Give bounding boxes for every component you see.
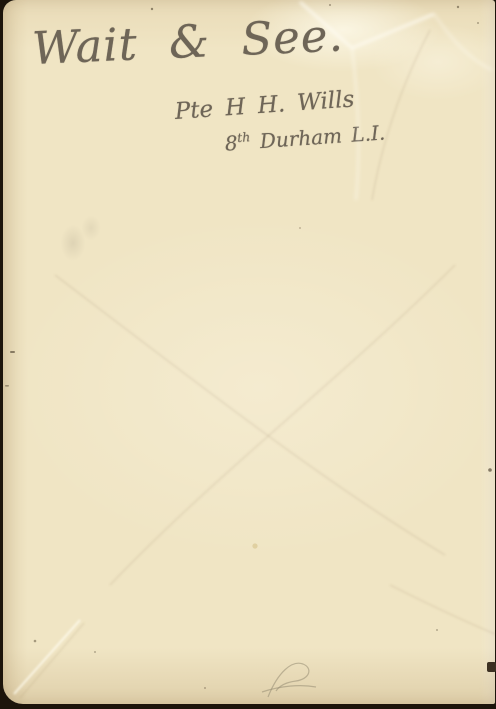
handwriting-wait-and-see: Wait & See. (31, 8, 345, 75)
scan-background: Wait & See. Pte H H. Wills 8th Durham L.… (0, 0, 496, 709)
handwriting-regiment: 8th Durham L.I. (224, 120, 386, 156)
regiment-name: Durham L.I. (250, 120, 386, 153)
handwriting-soldier-name: Pte H H. Wills (174, 86, 355, 124)
regiment-ordinal-suffix: th (237, 129, 251, 145)
album-page: Wait & See. Pte H H. Wills 8th Durham L.… (3, 0, 495, 704)
